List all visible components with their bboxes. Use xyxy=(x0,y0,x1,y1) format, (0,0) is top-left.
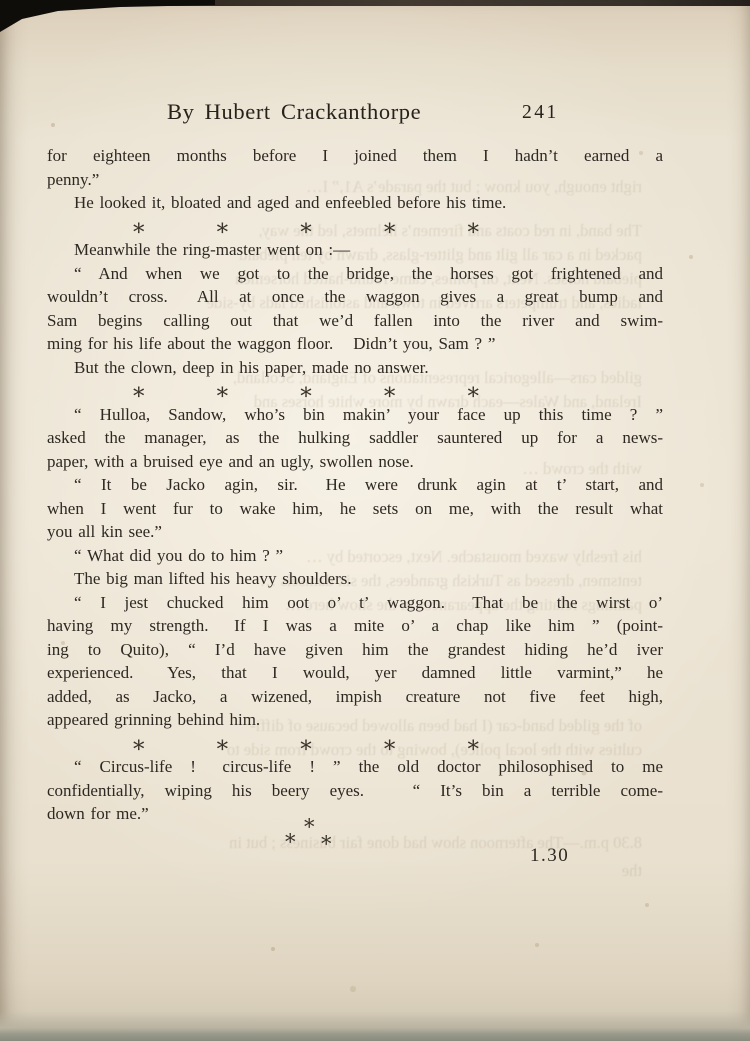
text-line: down for me.” xyxy=(47,802,663,826)
text-column: for eighteen months before I joined them… xyxy=(47,144,663,826)
text-line: “ It be Jacko agin, sir. He were drunk a… xyxy=(47,473,663,497)
text-line: “ And when we got to the bridge, the hor… xyxy=(47,262,663,286)
paragraph: “ Circus-life ! circus-life ! ” the old … xyxy=(47,755,663,826)
page-number: 241 xyxy=(522,102,559,124)
asterisk-icon: * xyxy=(133,737,145,761)
text-line: ing to Quito), “ I’d have given him the … xyxy=(47,638,663,662)
paragraph: “ And when we got to the bridge, the hor… xyxy=(47,262,663,356)
page-corner-shadow xyxy=(0,0,215,32)
asterisk-icon: * xyxy=(217,220,229,244)
text-line: confidentially, wiping his beery eyes. “… xyxy=(47,779,663,803)
text-line: experienced. Yes, that I would, yer damn… xyxy=(47,661,663,685)
text-line: paper, with a bruised eye and an ugly, s… xyxy=(47,450,663,474)
asterisk-separator-row: ***** xyxy=(133,379,479,403)
text-line: “ What did you do to him ? ” xyxy=(47,544,663,568)
asterisk-icon: * xyxy=(304,815,315,839)
paragraph: “ I jest chucked him oot o’ t’ waggon. T… xyxy=(47,591,663,732)
text-line: you all kin see.” xyxy=(47,520,663,544)
asterisk-icon: * xyxy=(468,737,480,761)
text-line: having my strength. If I was a mite o’ a… xyxy=(47,614,663,638)
text-line: asked the manager, as the hulking saddle… xyxy=(47,426,663,450)
paragraph: “ What did you do to him ? ” xyxy=(47,544,663,568)
asterisk-icon: * xyxy=(285,830,296,854)
page-bottom-edge xyxy=(0,1011,750,1041)
paragraph: for eighteen months before I joined them… xyxy=(47,144,663,191)
asterisk-icon: * xyxy=(321,832,332,856)
asterisk-icon: * xyxy=(384,737,396,761)
text-line: wouldn’t cross. All at once the waggon g… xyxy=(47,285,663,309)
text-line: “ I jest chucked him oot o’ t’ waggon. T… xyxy=(47,591,663,615)
asterisk-icon: * xyxy=(133,220,145,244)
text-line: The big man lifted his heavy shoulders. xyxy=(47,567,663,591)
text-line: when I went fur to wake him, he sets on … xyxy=(47,497,663,521)
book-page-scan: right enough, you know ; but the parade’… xyxy=(0,0,750,1041)
paragraph: “ It be Jacko agin, sir. He were drunk a… xyxy=(47,473,663,544)
asterisk-icon: * xyxy=(217,737,229,761)
signature-mark: 1.30 xyxy=(530,845,569,867)
asterisk-icon: * xyxy=(468,220,480,244)
text-line: appeared grinning behind him. xyxy=(47,708,663,732)
text-line: added, as Jacko, a wizened, impish creat… xyxy=(47,685,663,709)
text-line: penny.” xyxy=(47,168,663,192)
asterisk-icon: * xyxy=(300,737,312,761)
text-line: But the clown, deep in his paper, made n… xyxy=(47,356,663,380)
paper-specks xyxy=(0,0,2,2)
text-line: He looked it, bloated and aged and enfee… xyxy=(47,191,663,215)
asterisk-icon: * xyxy=(217,384,229,408)
asterisk-icon: * xyxy=(300,220,312,244)
asterism-separator: * * * xyxy=(283,815,337,853)
text-line: Sam begins calling out that we’d fallen … xyxy=(47,309,663,333)
asterisk-icon: * xyxy=(468,384,480,408)
paragraph: But the clown, deep in his paper, made n… xyxy=(47,356,663,380)
asterisk-icon: * xyxy=(384,384,396,408)
text-line: ming for his life about the waggon floor… xyxy=(47,332,663,356)
paragraph: The big man lifted his heavy shoulders. xyxy=(47,567,663,591)
asterisk-icon: * xyxy=(133,384,145,408)
paragraph: He looked it, bloated and aged and enfee… xyxy=(47,191,663,215)
asterisk-icon: * xyxy=(300,384,312,408)
running-header-title: By Hubert Crackanthorpe xyxy=(167,99,421,125)
asterisk-icon: * xyxy=(384,220,396,244)
paragraph: “ Hulloa, Sandow, who’s bin makin’ your … xyxy=(47,403,663,474)
text-line: for eighteen months before I joined them… xyxy=(47,144,663,168)
asterisk-separator-row: ***** xyxy=(133,732,479,756)
asterisk-separator-row: ***** xyxy=(133,215,479,239)
